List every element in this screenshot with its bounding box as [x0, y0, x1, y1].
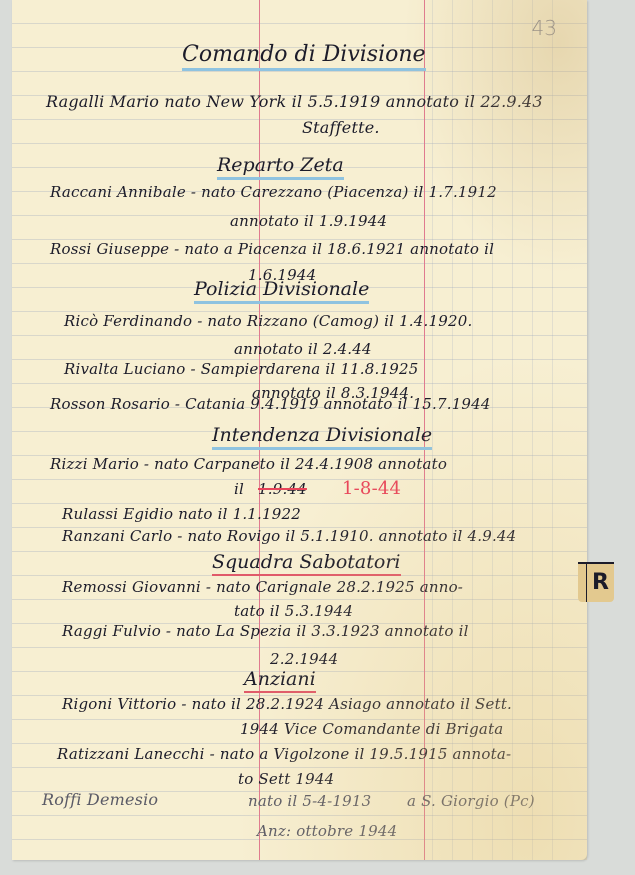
tab-divider: [586, 564, 587, 602]
entry-line: Ricò Ferdinando - nato Rizzano (Camog) i…: [64, 312, 472, 330]
entry-line: Raggi Fulvio - nato La Spezia il 3.3.192…: [62, 622, 469, 640]
entry-line: Rossi Giuseppe - nato a Piacenza il 18.6…: [50, 240, 494, 258]
entry-line: Staffette.: [302, 118, 380, 137]
document-page: 43 Comando di Divisione Ragalli Mario na…: [12, 0, 587, 860]
section-heading: Anziani: [244, 668, 316, 693]
entry-line: Rulassi Egidio nato il 1.1.1922: [62, 505, 301, 523]
entry-line: 1944 Vice Comandante di Brigata: [240, 720, 503, 738]
section-heading: Reparto Zeta: [217, 154, 344, 180]
entry-line: Ranzani Carlo - nato Rovigo il 5.1.1910.…: [62, 527, 516, 545]
section-heading: Intendenza Divisionale: [212, 424, 432, 450]
entry-line: a S. Giorgio (Pc): [407, 792, 535, 810]
tab-letter: R: [592, 570, 609, 595]
document-title: Comando di Divisione: [182, 42, 426, 71]
entry-line: Raccani Annibale - nato Carezzano (Piace…: [50, 183, 497, 201]
entry-line: Roffi Demesio: [42, 790, 158, 809]
entry-line: Rivalta Luciano - Sampierdarena il 11.8.…: [64, 360, 418, 378]
red-correction-date: 1-8-44: [342, 478, 401, 499]
entry-line: annotato il 1.9.1944: [230, 212, 387, 230]
entry-line: Anz: ottobre 1944: [257, 822, 397, 840]
section-heading: Squadra Sabotatori: [212, 551, 401, 576]
entry-line: Ratizzani Lanecchi - nato a Vigolzone il…: [57, 745, 511, 763]
entry-line: Rosson Rosario - Catania 9.4.1919 annota…: [50, 395, 491, 413]
entry-line: nato il 5-4-1913: [248, 792, 371, 810]
index-tab: R: [578, 562, 614, 602]
entry-line: Rizzi Mario - nato Carpaneto il 24.4.190…: [50, 455, 447, 473]
entry-line: il: [234, 480, 244, 498]
entry-line: Rigoni Vittorio - nato il 28.2.1924 Asia…: [62, 695, 512, 713]
page-number: 43: [532, 16, 557, 40]
section-heading: Polizia Divisionale: [194, 278, 369, 304]
entry-line: to Sett 1944: [238, 770, 334, 788]
struck-date: 1.9.44: [258, 480, 307, 498]
entry-line: annotato il 2.4.44: [234, 340, 372, 358]
entry-line: tato il 5.3.1944: [234, 602, 353, 620]
entry-line: Remossi Giovanni - nato Carignale 28.2.1…: [62, 578, 463, 596]
entry-line: Ragalli Mario nato New York il 5.5.1919 …: [46, 92, 543, 111]
entry-line: 2.2.1944: [270, 650, 338, 668]
